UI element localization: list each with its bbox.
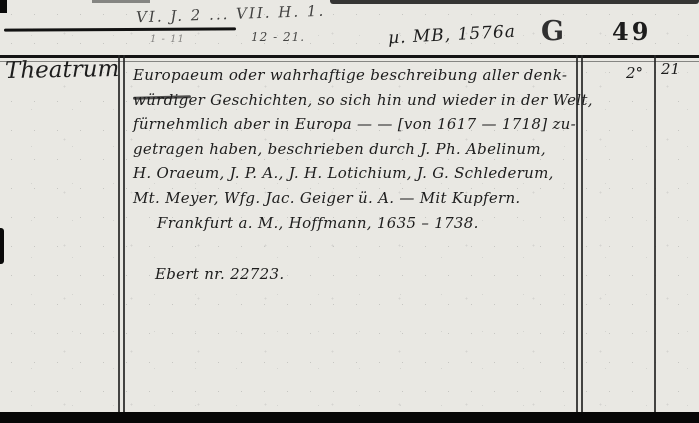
description-line: getragen haben, beschrieben durch J. Ph.… <box>133 137 575 162</box>
column-divider-title-left <box>118 55 120 412</box>
scan-left-blob <box>0 228 4 264</box>
column-divider-copies <box>654 55 656 412</box>
description-line: Europaeum oder wahrhaftige beschreibung … <box>133 63 575 88</box>
range-annotation-right: 12 - 21. <box>251 30 305 44</box>
description-line: H. Oraeum, J. P. A., J. H. Lotichium, J.… <box>133 161 575 186</box>
scan-corner-mark <box>0 0 7 13</box>
scanned-catalog-card: VI. J. 2 ... VII. H. 1. 1 - 11 12 - 21. … <box>0 0 699 423</box>
classmark-underline <box>4 27 236 31</box>
description-line: fürnehmlich aber in Europa — — [von 1617… <box>133 112 575 137</box>
page-number: 49 <box>612 17 651 46</box>
scan-bottom-edge <box>0 412 699 423</box>
manuscript-note: µ. MB, 1576a <box>388 22 517 49</box>
imprint-line: Frankfurt a. M., Hoffmann, 1635 – 1738. <box>133 211 575 236</box>
scan-edge-smudge <box>330 0 699 4</box>
description-line: Mt. Meyer, Wfg. Jac. Geiger ü. A. — Mit … <box>133 186 575 211</box>
entry-title: Theatrum <box>5 56 120 84</box>
range-annotation-left: 1 - 11 <box>150 34 185 45</box>
classmark-annotation: VI. J. 2 ... VII. H. 1. <box>136 2 326 27</box>
column-divider-title-right <box>123 55 125 412</box>
scan-edge-smudge-small <box>92 0 150 3</box>
reference-note-line: Ebert nr. 22723. <box>133 262 575 287</box>
copies-value: 21 <box>661 60 680 78</box>
format-value: 2° <box>598 64 643 82</box>
library-stamp: G <box>541 16 564 47</box>
entry-description: Europaeum oder wahrhaftige beschreibung … <box>133 63 575 287</box>
description-line: würdiger Geschichten, so sich hin und wi… <box>133 88 575 113</box>
